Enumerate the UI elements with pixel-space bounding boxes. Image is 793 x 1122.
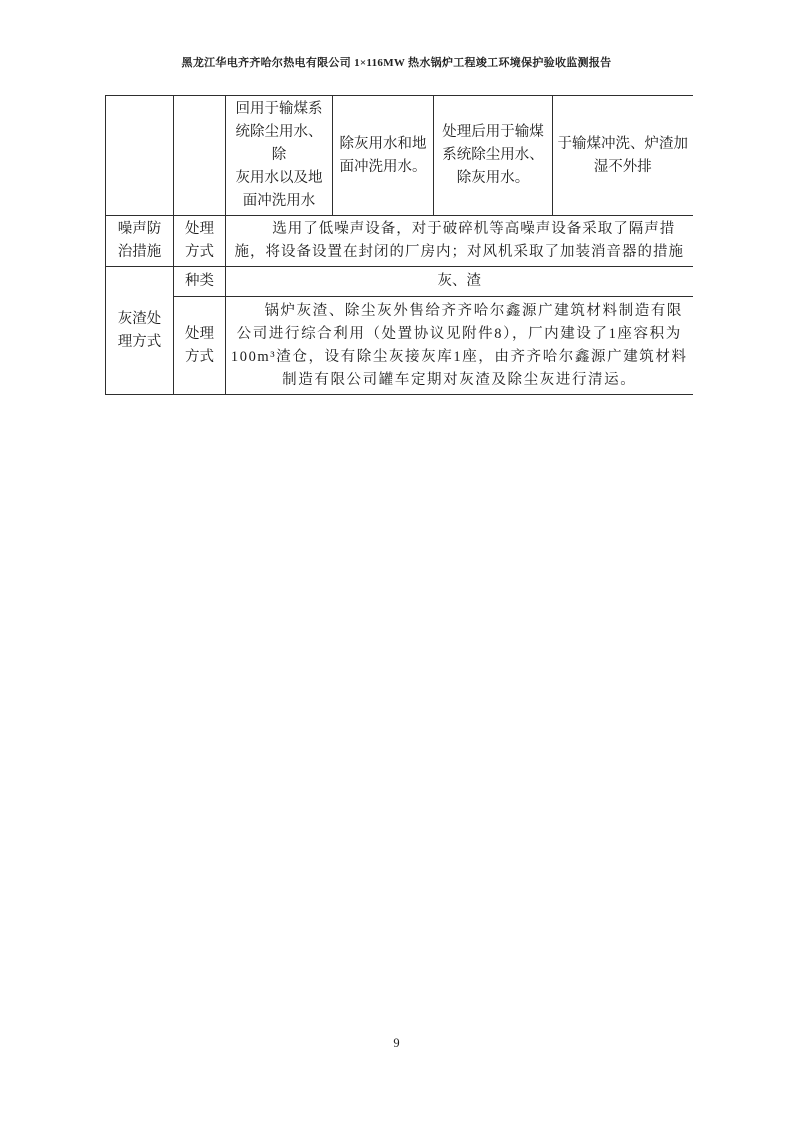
ash-type-label-cell: 种类 — [174, 267, 226, 297]
continuation-row: 回用于输煤系 统除尘用水、除 灰用水以及地 面冲洗用水 除灰用水和地 面冲洗用水… — [106, 96, 693, 216]
reuse-water-description-cell: 回用于输煤系 统除尘用水、除 灰用水以及地 面冲洗用水 — [226, 96, 333, 216]
ash-method-row: 处理 方式 锅炉灰渣、除尘灰外售给齐齐哈尔鑫源广建筑材料制造有限公司进行综合利用… — [106, 297, 693, 395]
ash-flush-water-cell: 除灰用水和地 面冲洗用水。 — [333, 96, 434, 216]
empty-cell-2 — [174, 96, 226, 216]
empty-cell-1 — [106, 96, 174, 216]
document-page: 黑龙江华电齐齐哈尔热电有限公司 1×116MW 热水锅炉工程竣工环境保护验收监测… — [0, 0, 793, 1122]
noise-method-label-cell: 处理 方式 — [174, 216, 226, 267]
page-number: 9 — [0, 1036, 793, 1051]
noise-method-content-cell: 选用了低噪声设备，对于破碎机等高噪声设备采取了隔声措施，将设备设置在封闭的厂房内… — [226, 216, 693, 267]
noise-control-label-cell: 噪声防 治措施 — [106, 216, 174, 267]
ash-method-label-cell: 处理 方式 — [174, 297, 226, 395]
noise-control-row: 噪声防 治措施 处理 方式 选用了低噪声设备，对于破碎机等高噪声设备采取了隔声措… — [106, 216, 693, 267]
coal-flush-no-discharge-cell: 于输煤冲洗、炉渣加 湿不外排 — [553, 96, 693, 216]
ash-handling-label-cell: 灰渣处 理方式 — [106, 267, 174, 395]
ash-type-row: 灰渣处 理方式 种类 灰、渣 — [106, 267, 693, 297]
page-header-title: 黑龙江华电齐齐哈尔热电有限公司 1×116MW 热水锅炉工程竣工环境保护验收监测… — [0, 54, 793, 70]
ash-method-content-cell: 锅炉灰渣、除尘灰外售给齐齐哈尔鑫源广建筑材料制造有限公司进行综合利用（处置协议见… — [226, 297, 693, 395]
monitoring-measures-table: 回用于输煤系 统除尘用水、除 灰用水以及地 面冲洗用水 除灰用水和地 面冲洗用水… — [105, 95, 693, 395]
ash-type-value-cell: 灰、渣 — [226, 267, 693, 297]
treated-water-reuse-cell: 处理后用于输煤 系统除尘用水、 除灰用水。 — [434, 96, 553, 216]
